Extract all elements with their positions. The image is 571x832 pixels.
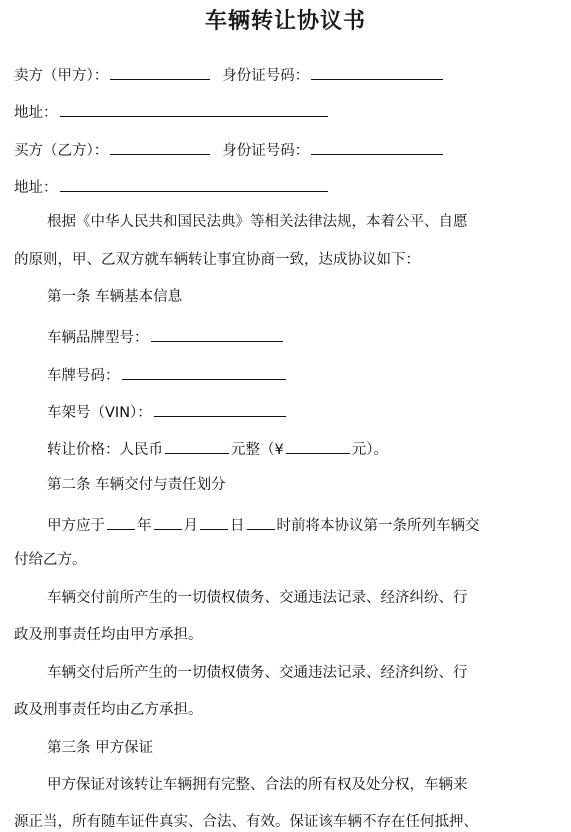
price-unit: 元整（¥	[231, 442, 284, 458]
buyer-name-blank[interactable]	[110, 139, 210, 155]
month-label: 月	[184, 518, 199, 534]
vin-row: 车架号（VIN）：	[47, 401, 288, 422]
buyer-address-row: 地址：	[14, 176, 330, 197]
after-delivery-line-2: 政及刑事责任均由乙方承担。	[14, 701, 203, 719]
plate-label: 车牌号码：	[47, 368, 120, 384]
price-label: 转让价格：人民币	[47, 442, 163, 458]
price-row: 转让价格：人民币元整（¥元）。	[47, 438, 388, 459]
price-end: 元）。	[352, 442, 388, 458]
brand-model-row: 车辆品牌型号：	[47, 326, 285, 347]
buyer-label: 买方（乙方）：	[14, 143, 108, 159]
buyer-id-blank[interactable]	[311, 139, 443, 155]
seller-id-label: 身份证号码：	[222, 68, 309, 84]
price-number-blank[interactable]	[286, 438, 350, 454]
seller-address-row: 地址：	[14, 101, 330, 122]
buyer-address-label: 地址：	[14, 180, 58, 196]
delivery-suffix: 时前将本协议第一条所列车辆交	[277, 518, 480, 534]
article1-heading: 第一条 车辆基本信息	[47, 288, 182, 306]
price-words-blank[interactable]	[165, 438, 229, 454]
day-blank[interactable]	[200, 514, 228, 530]
after-delivery-line-1: 车辆交付后所产生的一切债权债务、交通违法记录、经济纠纷、行	[47, 664, 468, 682]
year-blank[interactable]	[107, 514, 135, 530]
before-delivery-line-2: 政及刑事责任均由甲方承担。	[14, 626, 203, 644]
vin-blank[interactable]	[154, 401, 286, 417]
article3-line-1: 甲方保证对该转让车辆拥有完整、合法的所有权及处分权，车辆来	[47, 776, 468, 794]
before-delivery-line-1: 车辆交付前所产生的一切债权债务、交通违法记录、经济纠纷、行	[47, 589, 468, 607]
buyer-address-blank[interactable]	[60, 176, 328, 192]
plate-row: 车牌号码：	[47, 364, 288, 385]
seller-address-label: 地址：	[14, 105, 58, 121]
plate-blank[interactable]	[122, 364, 286, 380]
article2-heading: 第二条 车辆交付与责任划分	[47, 476, 226, 494]
article3-line-2: 源正当，所有随车证件真实、合法、有效。保证该车辆不存在任何抵押、	[14, 813, 478, 831]
vin-label: 车架号（VIN）：	[47, 405, 152, 421]
delivery-prefix: 甲方应于	[47, 518, 105, 534]
seller-address-blank[interactable]	[60, 101, 328, 117]
seller-label: 卖方（甲方）：	[14, 68, 108, 84]
delivery-line-2: 付给乙方。	[14, 551, 87, 569]
month-blank[interactable]	[154, 514, 182, 530]
preamble-line-1: 根据《中华人民共和国民法典》等相关法律法规，本着公平、自愿	[47, 213, 468, 231]
document-title: 车辆转让协议书	[0, 4, 571, 35]
buyer-id-label: 身份证号码：	[222, 143, 309, 159]
hour-blank[interactable]	[247, 514, 275, 530]
buyer-row: 买方（乙方）：身份证号码：	[14, 139, 445, 160]
year-label: 年	[137, 518, 152, 534]
delivery-row: 甲方应于年月日时前将本协议第一条所列车辆交	[47, 514, 480, 535]
brand-model-blank[interactable]	[151, 326, 283, 342]
preamble-line-2: 的原则，甲、乙双方就车辆转让事宜协商一致，达成协议如下：	[14, 251, 420, 269]
seller-name-blank[interactable]	[110, 64, 210, 80]
day-label: 日	[230, 518, 245, 534]
seller-row: 卖方（甲方）：身份证号码：	[14, 64, 445, 85]
article3-heading: 第三条 甲方保证	[47, 739, 153, 757]
brand-model-label: 车辆品牌型号：	[47, 330, 149, 346]
seller-id-blank[interactable]	[311, 64, 443, 80]
